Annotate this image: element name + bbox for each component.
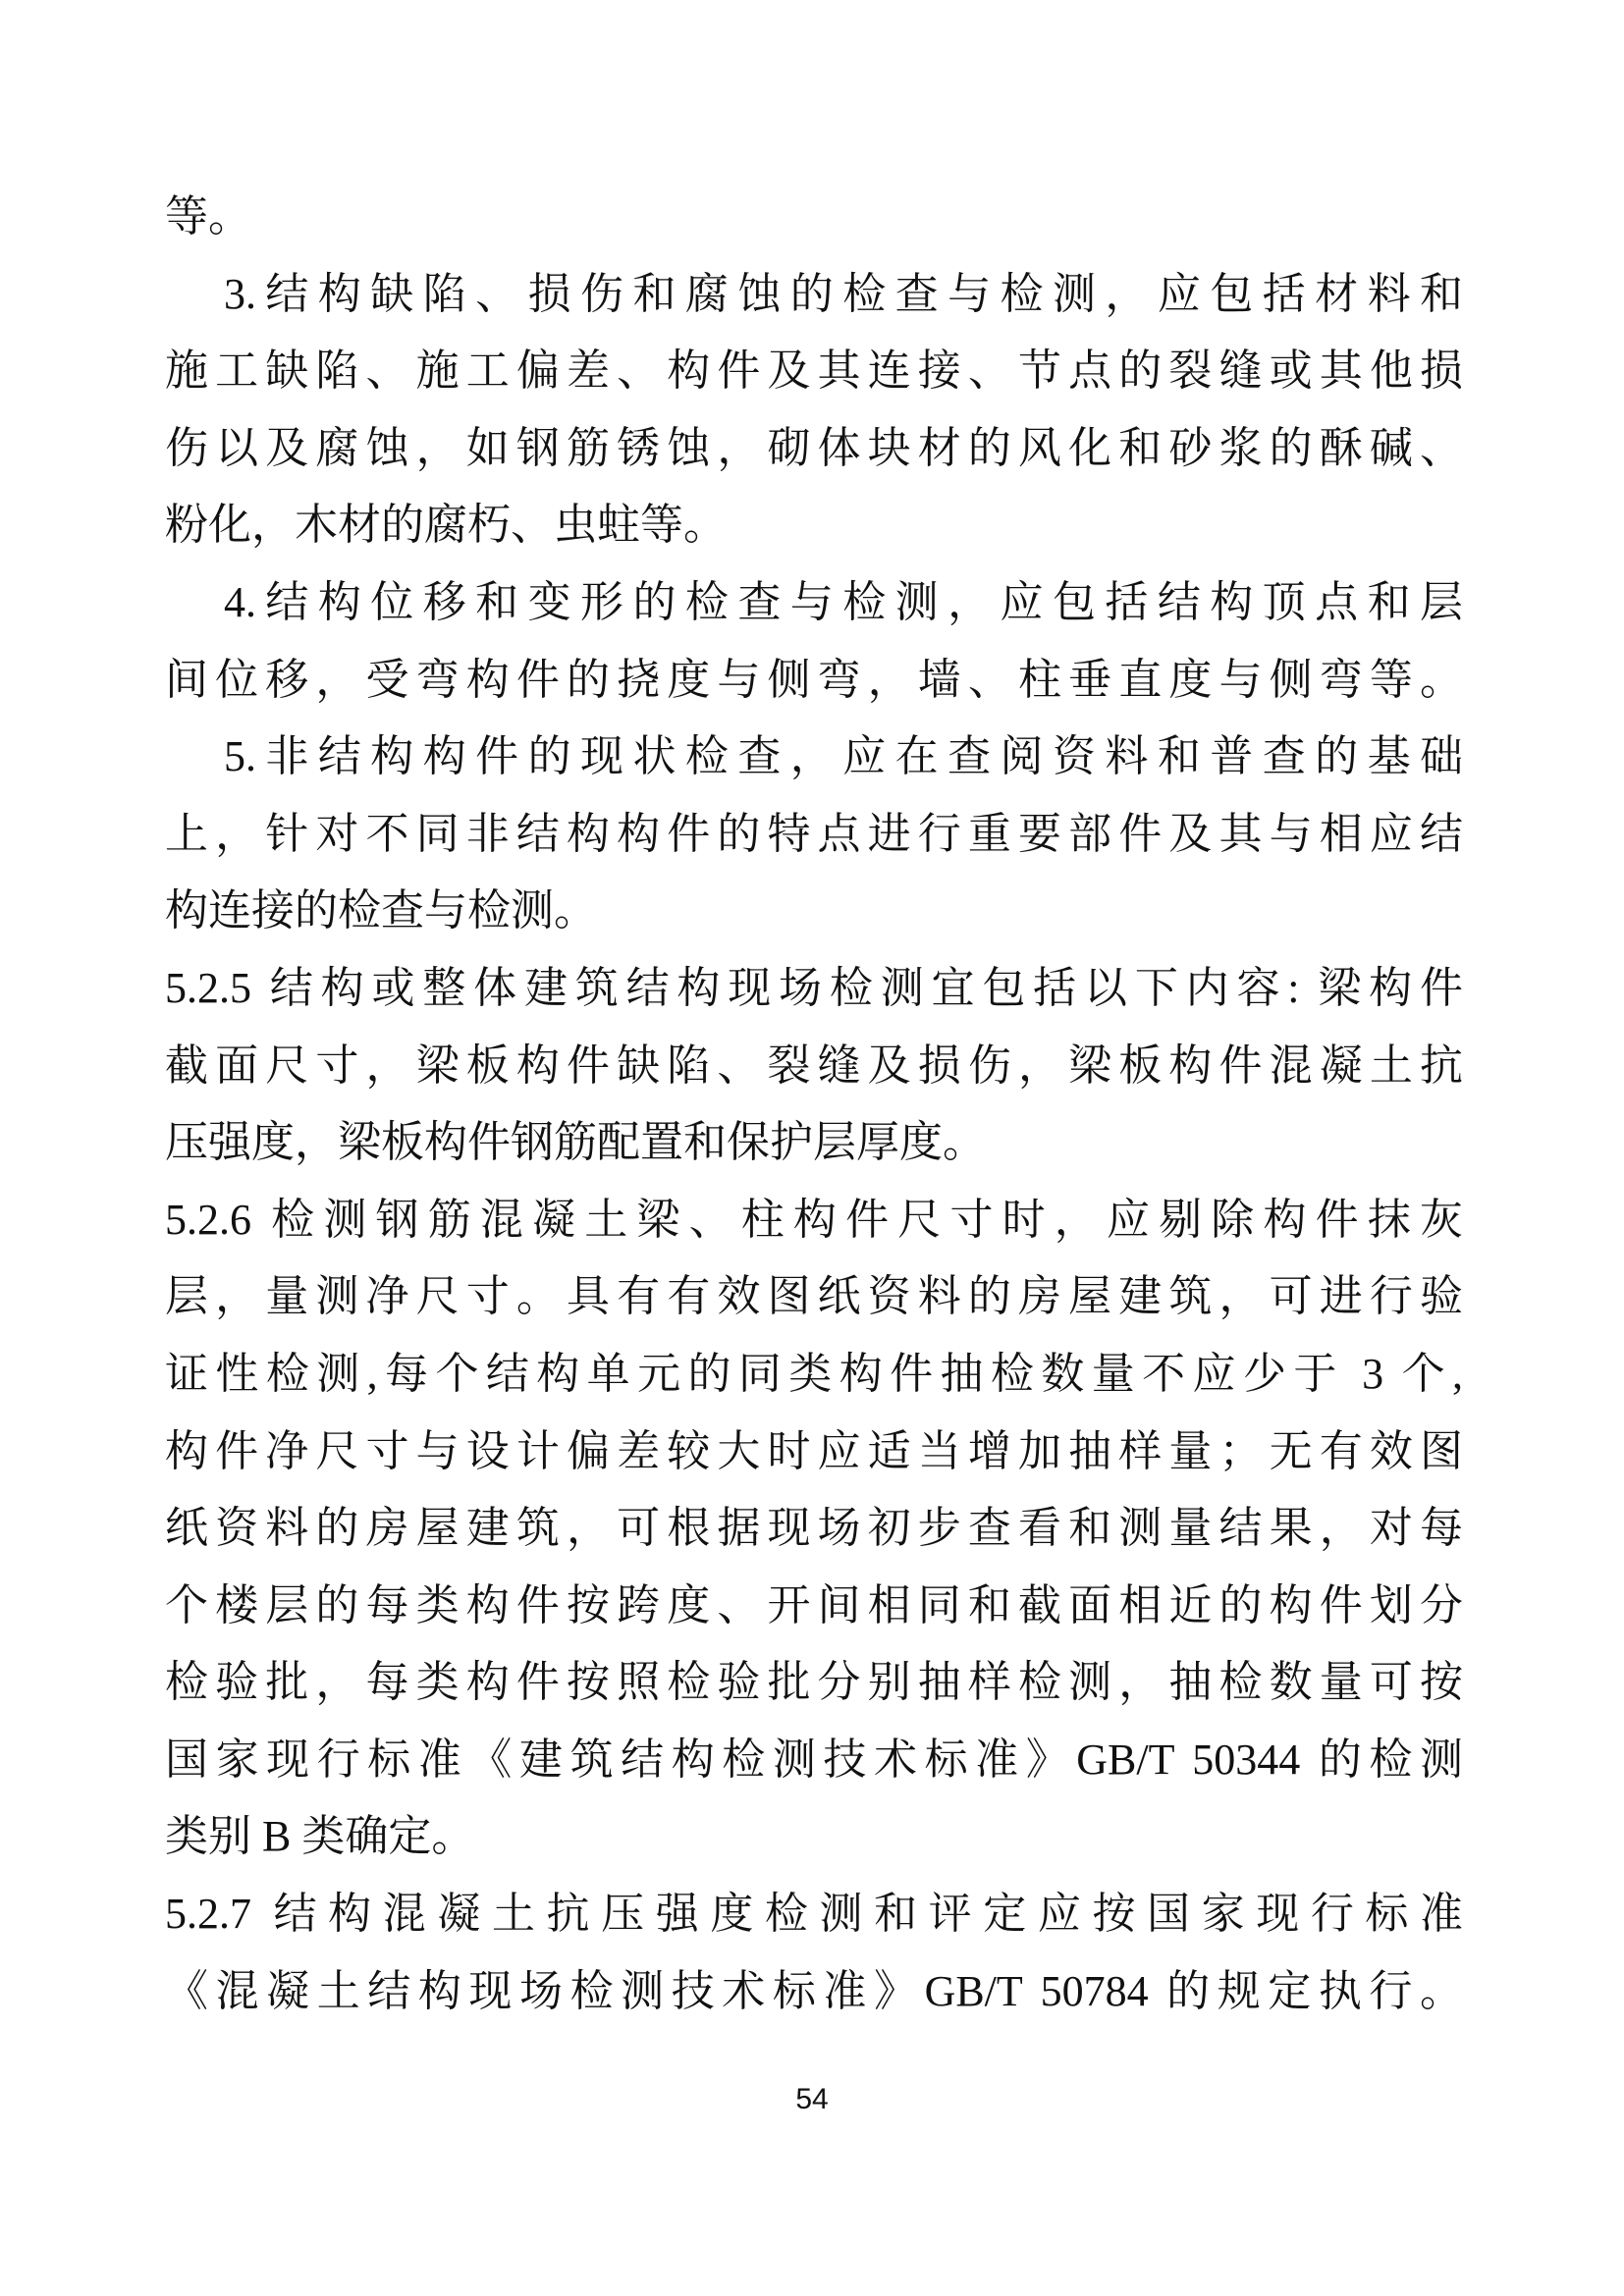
text-line: 粉化，木材的腐朽、虫蛀等。: [165, 487, 1463, 564]
text-line: 上，针对不同非结构构件的特点进行重要部件及其与相应结: [165, 796, 1463, 874]
text-line: 5.2.7 结构混凝土抗压强度检测和评定应按国家现行标准: [165, 1876, 1463, 1953]
text-line: 构连接的检查与检测。: [165, 873, 1463, 950]
text-line: 类别 B 类确定。: [165, 1798, 1463, 1876]
page-number: 54: [0, 2083, 1624, 2116]
text-line: 等。: [165, 179, 1463, 256]
text-line: 伤以及腐蚀，如钢筋锈蚀，砌体块材的风化和砂浆的酥碱、: [165, 410, 1463, 488]
body-text: 等。3.结构缺陷、损伤和腐蚀的检查与检测，应包括材料和施工缺陷、施工偏差、构件及…: [165, 179, 1463, 2030]
text-line: 检验批，每类构件按照检验批分别抽样检测，抽检数量可按: [165, 1644, 1463, 1722]
document-page: 等。3.结构缺陷、损伤和腐蚀的检查与检测，应包括材料和施工缺陷、施工偏差、构件及…: [0, 0, 1624, 2296]
text-line: 3.结构缺陷、损伤和腐蚀的检查与检测，应包括材料和: [165, 256, 1463, 334]
text-line: 国家现行标准《建筑结构检测技术标准》GB/T 50344 的检测: [165, 1722, 1463, 1799]
text-line: 个楼层的每类构件按跨度、开间相同和截面相近的构件划分: [165, 1568, 1463, 1645]
text-line: 层，量测净尺寸。具有有效图纸资料的房屋建筑，可进行验: [165, 1258, 1463, 1336]
text-line: 5.2.6 检测钢筋混凝土梁、柱构件尺寸时，应剔除构件抹灰: [165, 1182, 1463, 1259]
text-line: 纸资料的房屋建筑，可根据现场初步查看和测量结果，对每: [165, 1490, 1463, 1568]
text-line: 截面尺寸，梁板构件缺陷、裂缝及损伤，梁板构件混凝土抗: [165, 1028, 1463, 1105]
text-line: 证性检测,每个结构单元的同类构件抽检数量不应少于 3 个,: [165, 1336, 1463, 1414]
text-line: 5.2.5 结构或整体建筑结构现场检测宜包括以下内容: 梁构件: [165, 950, 1463, 1028]
text-line: 施工缺陷、施工偏差、构件及其连接、节点的裂缝或其他损: [165, 333, 1463, 410]
text-line: 5.非结构构件的现状检查，应在查阅资料和普查的基础: [165, 719, 1463, 796]
text-line: 《混凝土结构现场检测技术标准》GB/T 50784 的规定执行。: [165, 1953, 1463, 2031]
text-line: 压强度，梁板构件钢筋配置和保护层厚度。: [165, 1104, 1463, 1182]
text-line: 构件净尺寸与设计偏差较大时应适当增加抽样量；无有效图: [165, 1414, 1463, 1491]
text-line: 间位移，受弯构件的挠度与侧弯，墙、柱垂直度与侧弯等。: [165, 642, 1463, 720]
text-line: 4.结构位移和变形的检查与检测，应包括结构顶点和层: [165, 564, 1463, 642]
